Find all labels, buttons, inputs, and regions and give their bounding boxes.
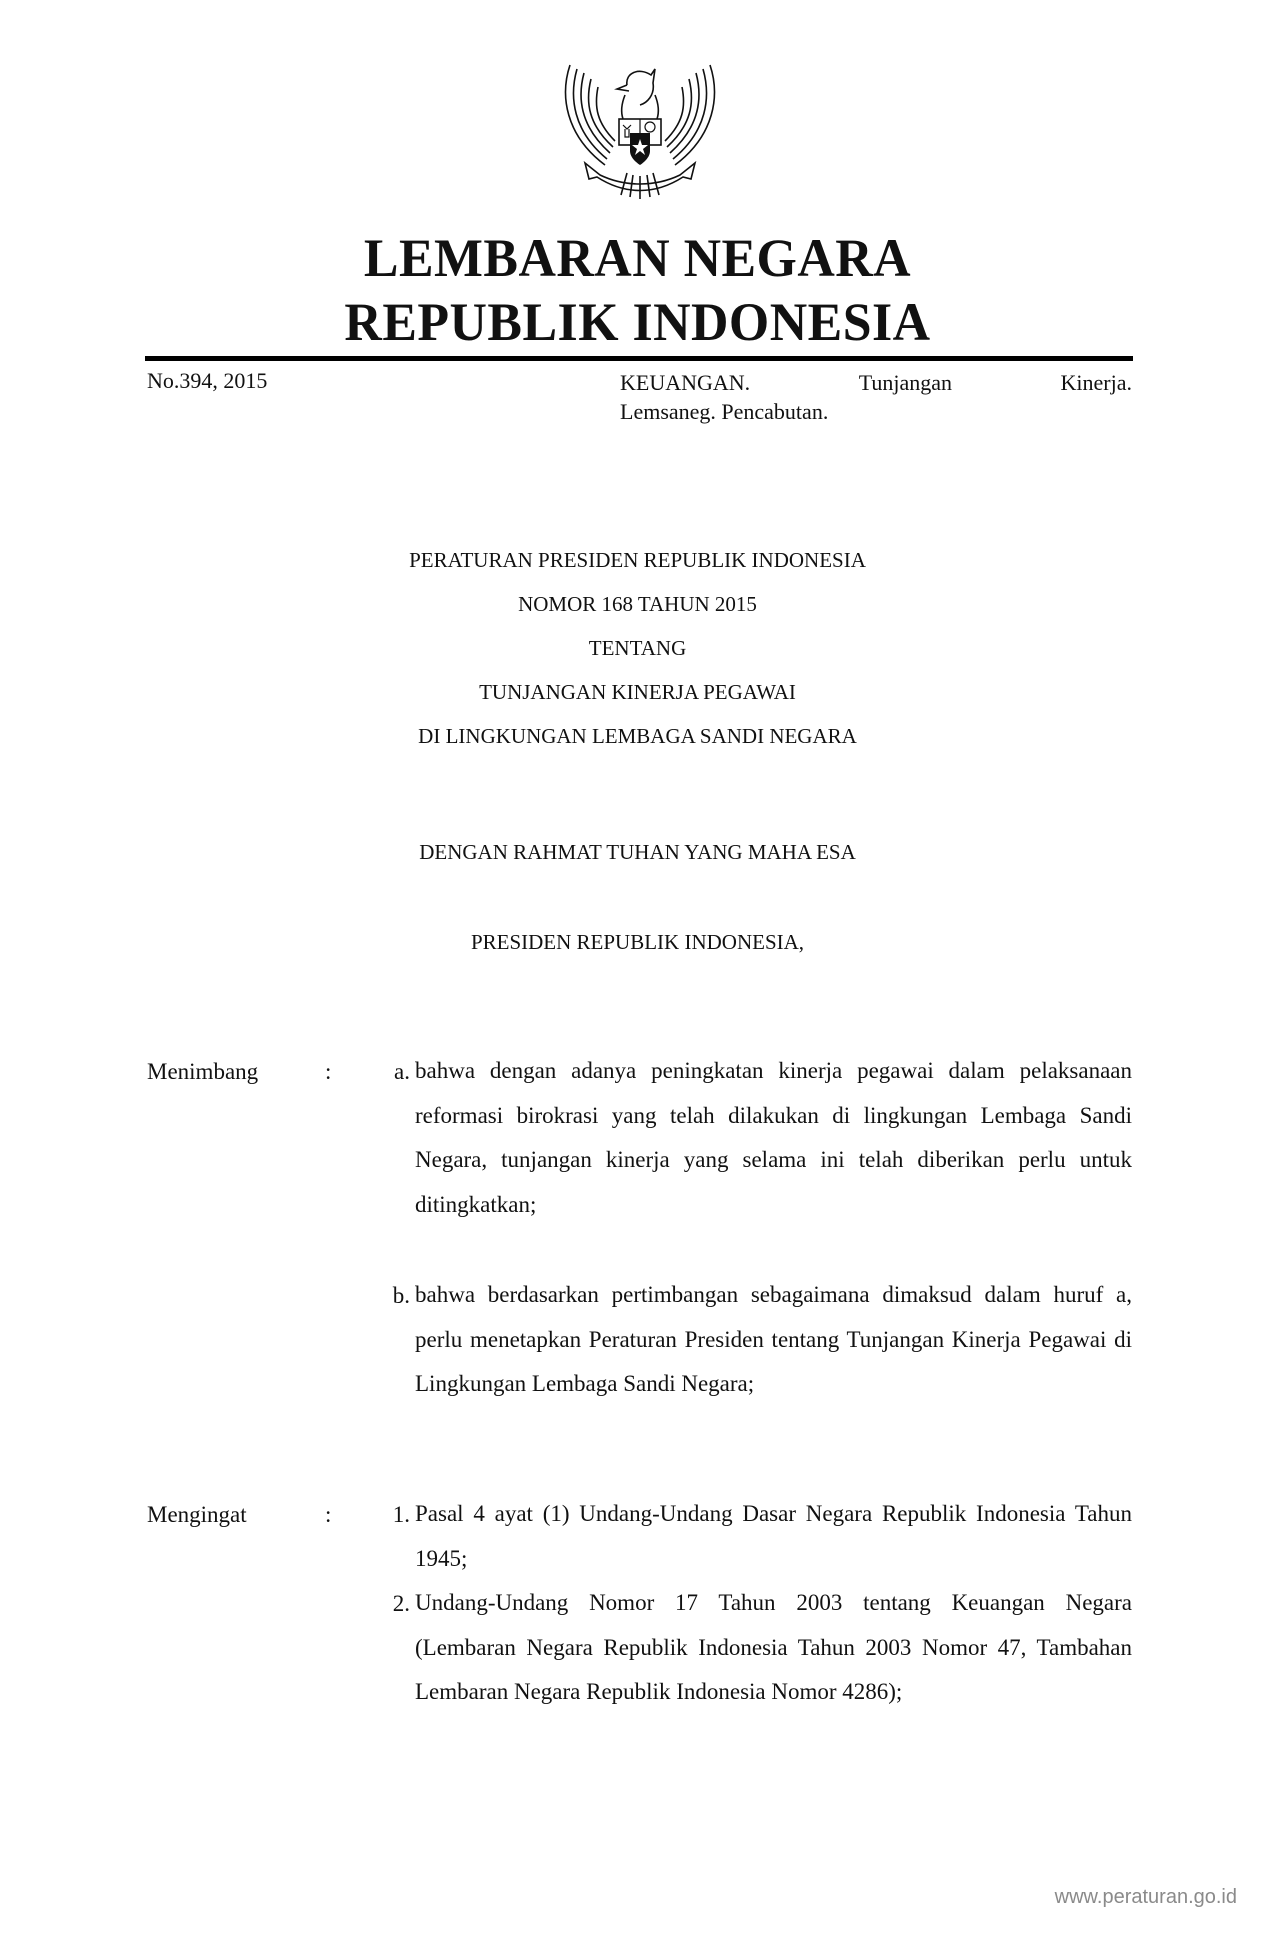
masthead-divider [145, 356, 1133, 361]
list-marker: 1. [360, 1502, 410, 1528]
menimbang-colon: : [325, 1059, 331, 1085]
list-marker: b. [360, 1283, 410, 1309]
subject-line-2: Lemsaneg. Pencabutan. [620, 397, 1132, 426]
source-url[interactable]: www.peraturan.go.id [1055, 1886, 1237, 1909]
subject-word: KEUANGAN. [620, 368, 750, 397]
regulation-type: PERATURAN PRESIDEN REPUBLIK INDONESIA [0, 548, 1275, 573]
gazette-number: No.394, 2015 [147, 368, 267, 394]
subject-word: Kinerja. [1061, 368, 1132, 397]
subject-word: Tunjangan [859, 368, 952, 397]
masthead-subtitle: REPUBLIK INDONESIA [26, 292, 1250, 352]
masthead-title: LEMBARAN NEGARA [26, 228, 1250, 288]
mengingat-label: Mengingat [147, 1502, 247, 1528]
gazette-subject: KEUANGAN. Tunjangan Kinerja. Lemsaneg. P… [620, 368, 1132, 426]
regulation-subject-1: TUNJANGAN KINERJA PEGAWAI [0, 680, 1275, 705]
menimbang-label: Menimbang [147, 1059, 258, 1085]
mengingat-colon: : [325, 1502, 331, 1528]
list-item: Undang-Undang Nomor 17 Tahun 2003 tentan… [415, 1581, 1132, 1715]
list-marker: 2. [360, 1591, 410, 1617]
regulation-number: NOMOR 168 TAHUN 2015 [0, 592, 1275, 617]
list-item: Pasal 4 ayat (1) Undang-Undang Dasar Neg… [415, 1492, 1132, 1581]
list-item: bahwa berdasarkan pertimbangan sebagaima… [415, 1273, 1132, 1407]
list-marker: a. [360, 1059, 410, 1085]
preamble-grace: DENGAN RAHMAT TUHAN YANG MAHA ESA [0, 840, 1275, 865]
preamble-president: PRESIDEN REPUBLIK INDONESIA, [0, 930, 1275, 955]
regulation-about: TENTANG [0, 636, 1275, 661]
subject-line-1: KEUANGAN. Tunjangan Kinerja. [620, 368, 1132, 397]
regulation-subject-2: DI LINGKUNGAN LEMBAGA SANDI NEGARA [0, 724, 1275, 749]
garuda-pancasila-emblem-icon [555, 55, 725, 215]
list-item: bahwa dengan adanya peningkatan kinerja … [415, 1049, 1132, 1227]
